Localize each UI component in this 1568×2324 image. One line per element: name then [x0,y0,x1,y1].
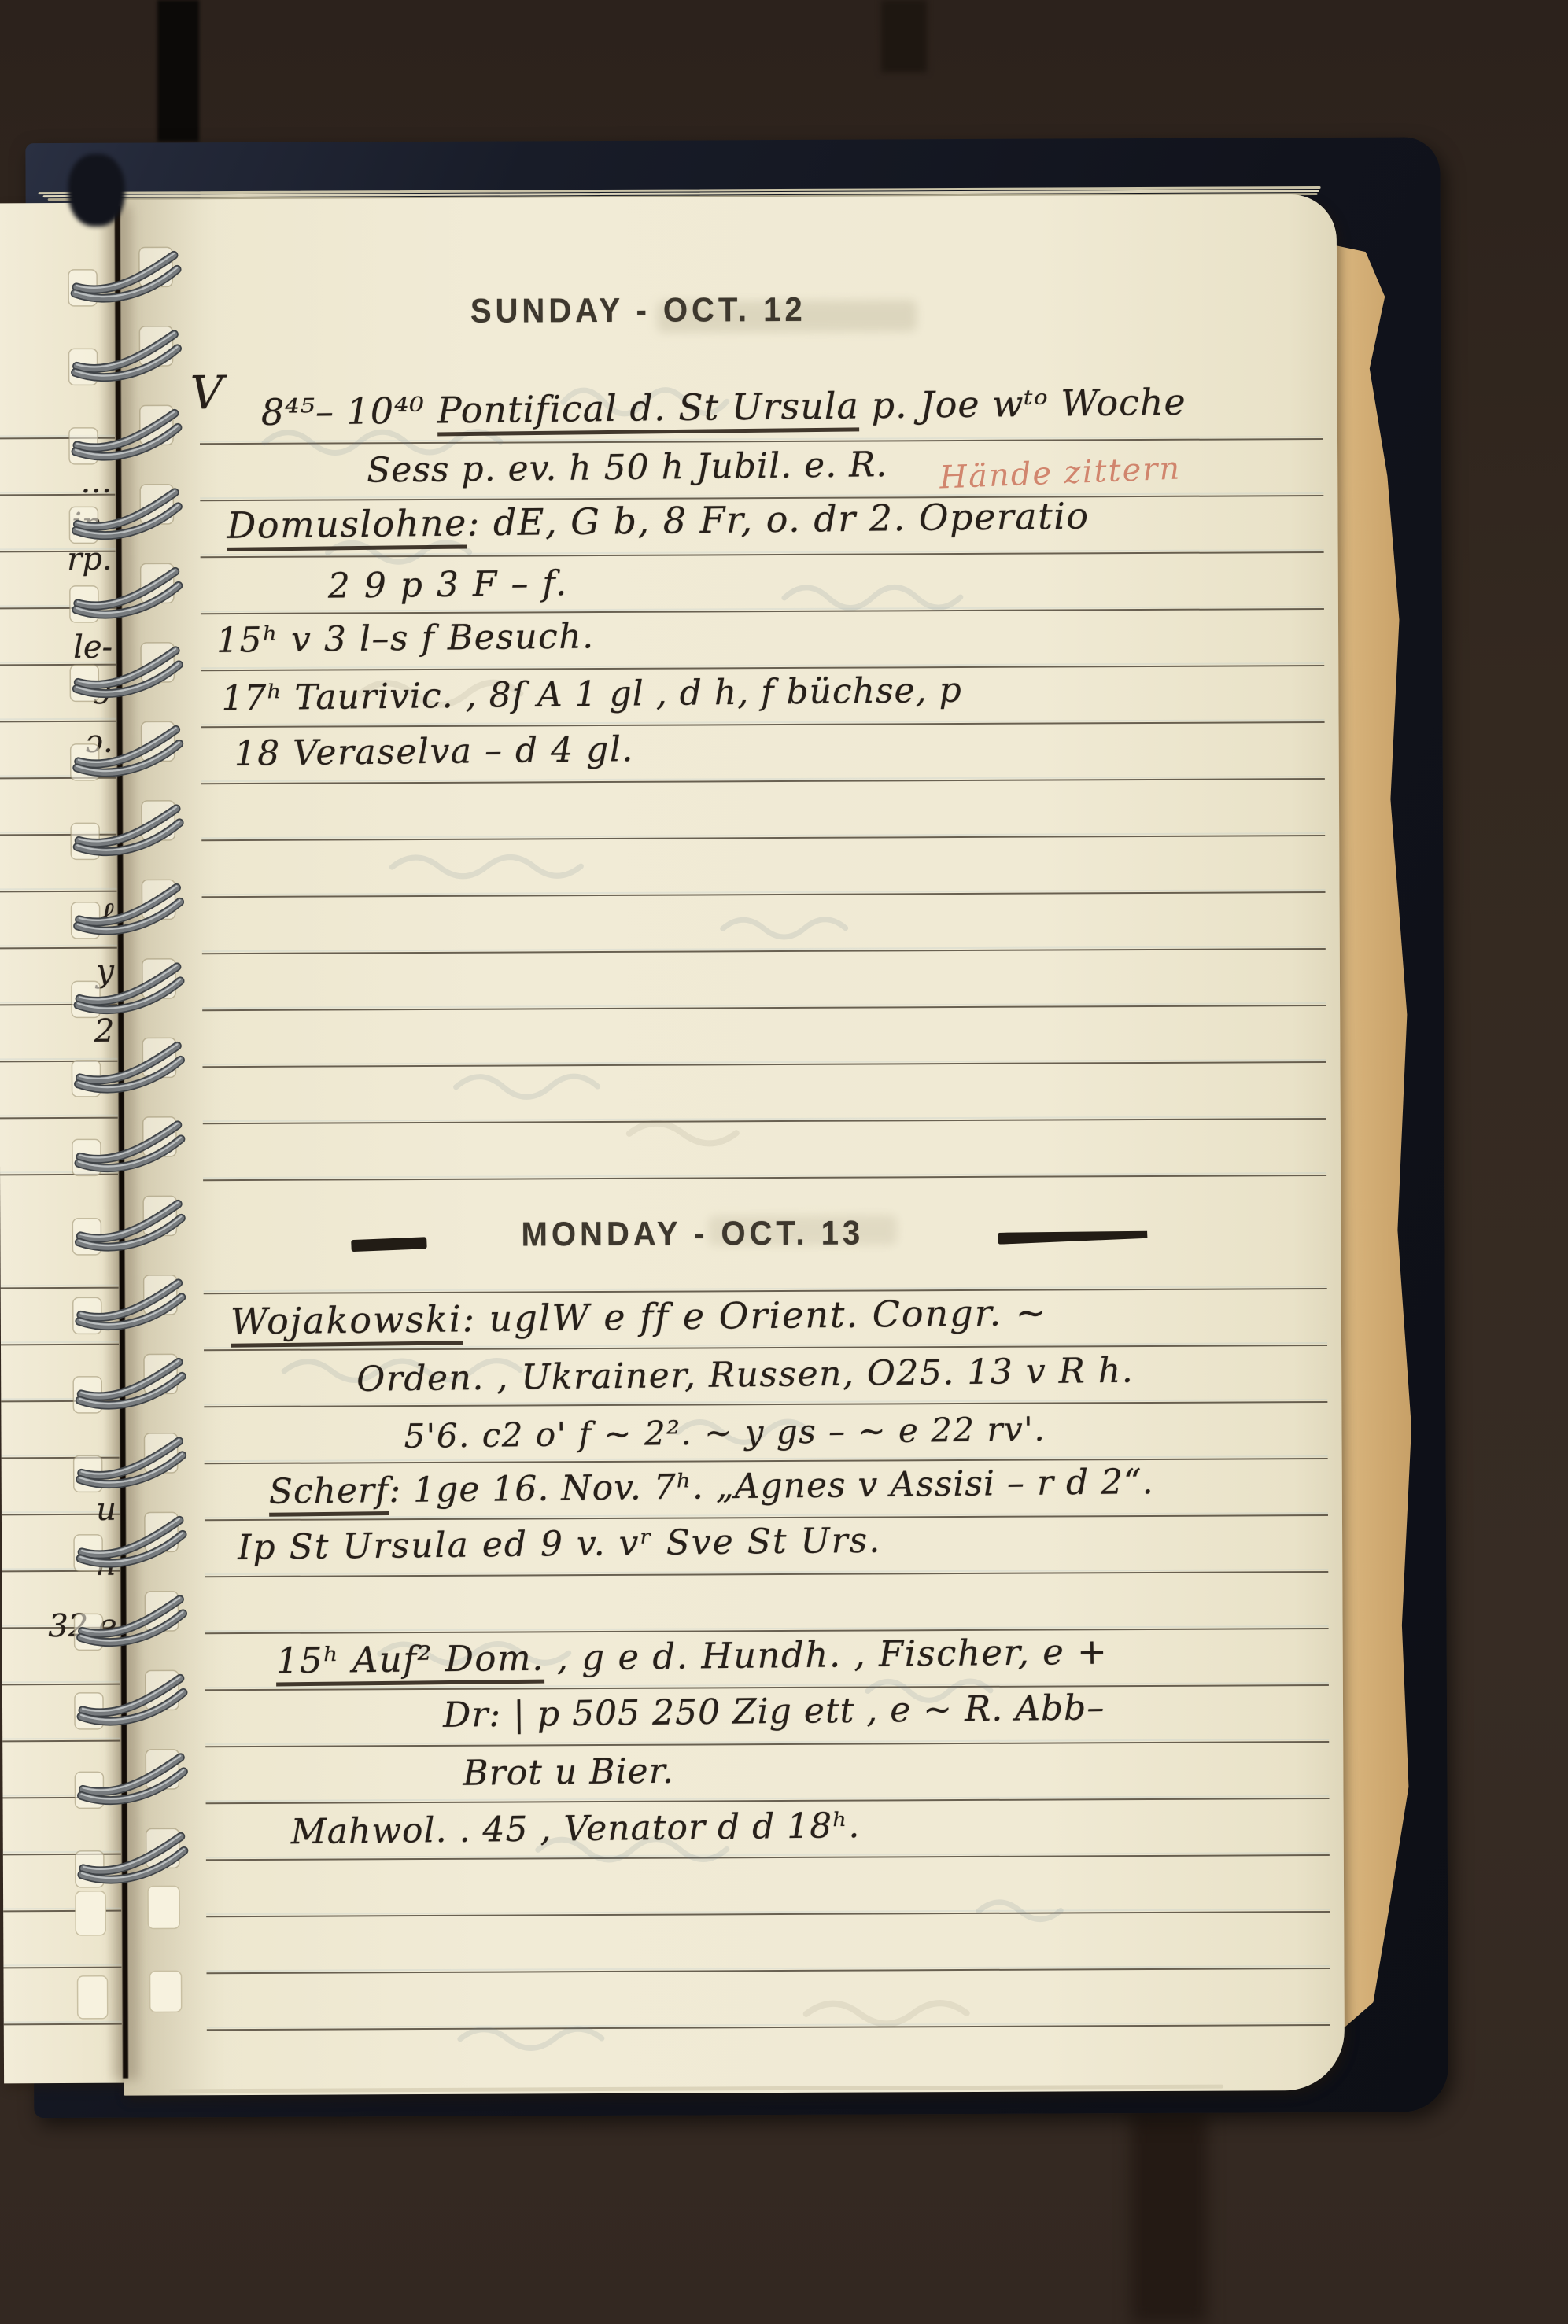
handwriting-line: 18 Veraselva – d 4 gl. [234,729,634,774]
handwriting-line: 17ʰ Taurivic. , 8ſ A 1 gl , d h, f büchs… [221,670,962,719]
handwriting-line: 2 9 p 3 F – f. [328,563,569,606]
punch-hole [149,1971,181,2012]
ruled-lines-layer [0,0,1563,3]
handwriting-line: Mahwol. . 45 , Venator d d 18ʰ. [290,1806,860,1852]
punch-hole [78,1976,108,2019]
sunday-header: SUNDAY - OCT. 12 [465,291,811,331]
handwriting-line: Sess p. ev. h 50 h Jubil. e. R. [367,445,888,491]
handwriting-line: Dr: | p 505 250 Zig ett , e ~ R. Abb– [443,1688,1105,1736]
punch-hole [148,1886,179,1928]
handwriting-line: Brot u Bier. [463,1751,674,1794]
photo-backdrop: SUNDAY - OCT. 12 MONDAY - OCT. 13 V8⁴⁵– … [0,0,1568,2324]
handwriting-line: Ip St Ursula ed 9 v. vʳ Sve St Urs. [238,1521,882,1568]
punch-hole [76,1891,105,1935]
monday-entries: Wojakowski: uglW e ff e Orient. Congr. ~… [0,0,1563,3]
notebook: SUNDAY - OCT. 12 MONDAY - OCT. 13 V8⁴⁵– … [0,0,1568,2324]
handwriting-line: 15ʰ v 3 l–s f Besuch. [216,616,595,660]
monday-header: MONDAY - OCT. 13 [504,1215,881,1255]
spiral-binding [42,237,207,2071]
cover-fold-shadow [68,154,124,227]
left-page-writing-fragments: …in.rp.le-gɔ.ℓy2uh32 e [0,0,1563,3]
sunday-entries: V8⁴⁵– 10⁴⁰ Pontifical d. St Ursula p. Jo… [0,0,1563,3]
handwriting-line: 5'6. c2 o' f ~ 2². ~ y gs – ~ e 22 rv'. [404,1410,1046,1455]
